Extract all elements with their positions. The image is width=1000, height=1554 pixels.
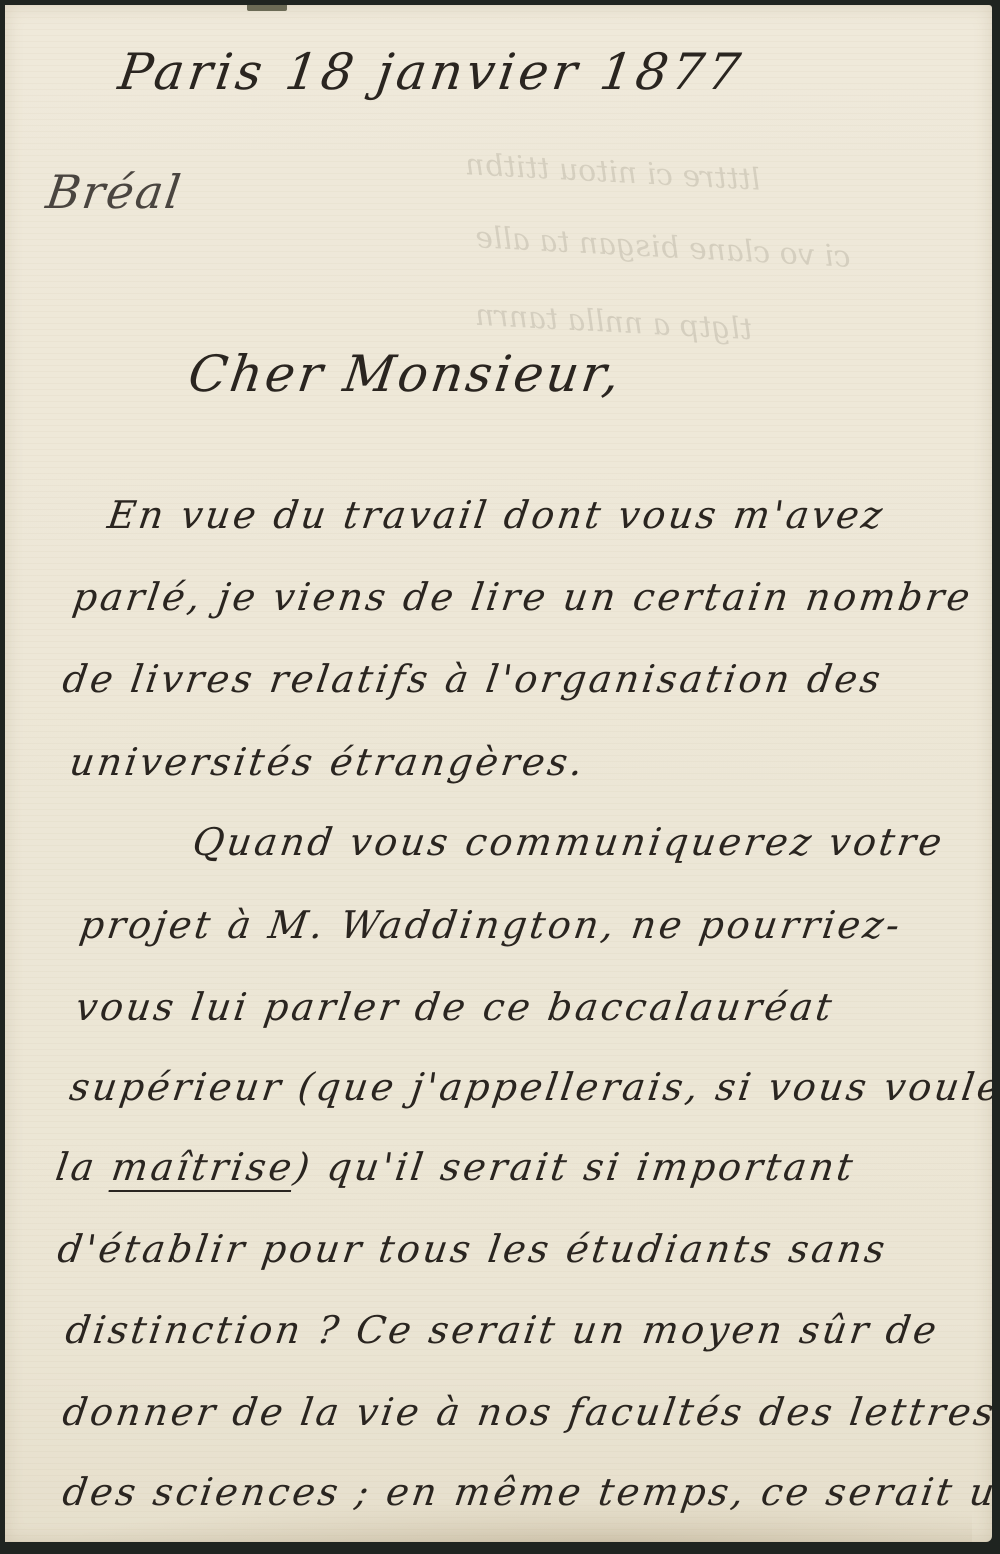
body-line-9-pre: la bbox=[53, 1145, 115, 1189]
body-line-4: universités étrangères. bbox=[67, 740, 589, 784]
body-line-13: des sciences ; en même temps, ce serait … bbox=[60, 1470, 992, 1514]
show-through-ink: tlgtp a nnlla tanrn bbox=[474, 298, 753, 347]
body-line-8: supérieur (que j'appellerais, si vous vo… bbox=[67, 1065, 992, 1109]
dateline: Paris 18 janvier 1877 bbox=[115, 43, 748, 101]
body-line-9-post: ) qu'il serait si important bbox=[291, 1145, 858, 1189]
body-line-2: parlé, je viens de lire un certain nombr… bbox=[70, 575, 976, 619]
body-line-1: En vue du travail dont vous m'avez bbox=[105, 493, 888, 537]
letter-page: ltttre ci nitou ttitbn ci vo clane bisga… bbox=[5, 5, 992, 1542]
underlined-word: maîtrise bbox=[109, 1145, 298, 1189]
body-line-9: la maîtrise) qu'il serait si important bbox=[53, 1145, 858, 1189]
body-line-5: Quand vous communiquerez votre bbox=[190, 820, 947, 864]
letter-scan: ltttre ci nitou ttitbn ci vo clane bisga… bbox=[0, 0, 1000, 1554]
body-line-6: projet à M. Waddington, ne pourriez- bbox=[77, 903, 905, 947]
mount-tab bbox=[247, 5, 287, 11]
body-line-3: de livres relatifs à l'organisation des bbox=[60, 657, 886, 701]
body-line-12: donner de la vie à nos facultés des lett… bbox=[60, 1390, 992, 1434]
recipient-note: Bréal bbox=[43, 165, 186, 219]
body-line-7: vous lui parler de ce baccalauréat bbox=[73, 985, 837, 1029]
show-through-ink: ci vo clane bisgan ta alle bbox=[474, 220, 851, 275]
body-line-11: distinction ? Ce serait un moyen sûr de bbox=[63, 1308, 942, 1352]
show-through-ink: ltttre ci nitou ttitbn bbox=[464, 147, 761, 197]
body-line-10: d'établir pour tous les étudiants sans bbox=[55, 1227, 890, 1271]
salutation: Cher Monsieur, bbox=[185, 345, 626, 403]
